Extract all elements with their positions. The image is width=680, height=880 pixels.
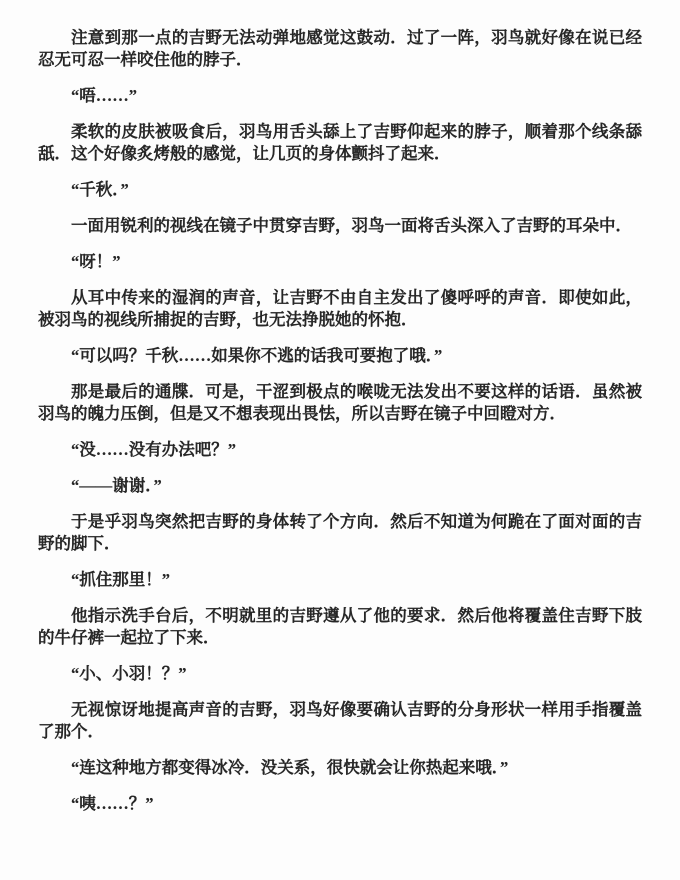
paragraph-narration: 柔软的皮肤被吸食后，羽鸟用舌头舔上了吉野仰起来的脖子，顺着那个线条舔舐．这个好像… <box>38 121 642 165</box>
paragraph-dialogue: “——谢谢．” <box>38 475 642 497</box>
paragraph-dialogue: “呀！” <box>38 251 642 273</box>
paragraph-dialogue: “千秋．” <box>38 179 642 201</box>
paragraph-narration: 一面用锐利的视线在镜子中贯穿吉野，羽鸟一面将舌头深入了吉野的耳朵中． <box>38 215 642 237</box>
paragraph-dialogue: “抓住那里！” <box>38 569 642 591</box>
paragraph-narration: 从耳中传来的湿润的声音，让吉野不由自主发出了傻呼呼的声音．即使如此，被羽鸟的视线… <box>38 287 642 331</box>
paragraph-narration: 他指示洗手台后，不明就里的吉野遵从了他的要求．然后他将覆盖住吉野下肢的牛仔裤一起… <box>38 605 642 649</box>
paragraph-dialogue: “没……没有办法吧？” <box>38 439 642 461</box>
paragraph-dialogue: “连这种地方都变得冰冷．没关系，很快就会让你热起来哦．” <box>38 757 642 779</box>
paragraph-dialogue: “咦……？” <box>38 793 642 815</box>
paragraph-narration: 无视惊讶地提高声音的吉野，羽鸟好像要确认吉野的分身形状一样用手指覆盖了那个． <box>38 699 642 743</box>
paragraph-dialogue: “唔……” <box>38 85 642 107</box>
paragraph-dialogue: “可以吗？千秋……如果你不逃的话我可要抱了哦．” <box>38 345 642 367</box>
document-page: 注意到那一点的吉野无法动弹地感觉这鼓动．过了一阵，羽鸟就好像在说已经忍无可忍一样… <box>0 0 680 880</box>
paragraph-narration: 注意到那一点的吉野无法动弹地感觉这鼓动．过了一阵，羽鸟就好像在说已经忍无可忍一样… <box>38 27 642 71</box>
paragraph-narration: 那是最后的通牒．可是，干涩到极点的喉咙无法发出不要这样的话语．虽然被羽鸟的魄力压… <box>38 381 642 425</box>
paragraph-narration: 于是乎羽鸟突然把吉野的身体转了个方向．然后不知道为何跪在了面对面的吉野的脚下． <box>38 511 642 555</box>
paragraph-dialogue: “小、小羽！？” <box>38 663 642 685</box>
